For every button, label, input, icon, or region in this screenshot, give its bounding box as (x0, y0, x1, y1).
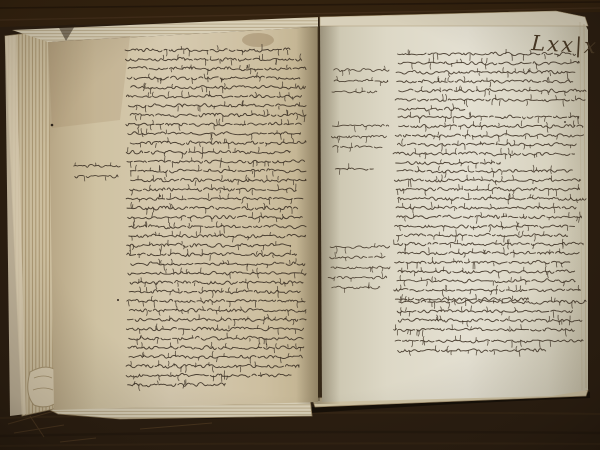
scene-svg: Lxx|x (0, 0, 600, 450)
manuscript-photo: Lxx|x (0, 0, 600, 450)
photo-vignette (0, 0, 600, 450)
